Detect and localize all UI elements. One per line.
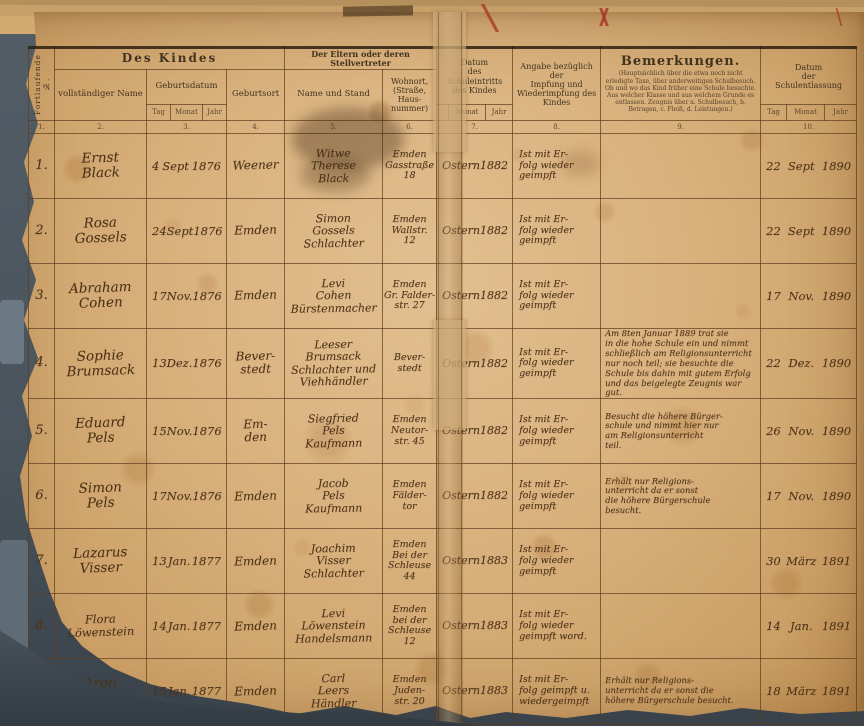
- vaccination-note: Ist mit Er- folg wieder geimpft: [513, 215, 600, 247]
- label-jahr: Jahr: [825, 108, 856, 116]
- row-number: 8.: [29, 619, 54, 634]
- column-number: 5.: [285, 123, 382, 131]
- residence: Emden Wallstr. 12: [383, 215, 436, 247]
- column-label-geburtsort: Geburtsort: [227, 90, 284, 100]
- residence: Emden Gr. Falder- str. 27: [383, 280, 436, 312]
- parent-name-and-occupation: Leeser Brumsack Schlachter und Viehhändl…: [285, 338, 383, 389]
- column-label-name-und-stand: Name und Stand: [285, 90, 382, 100]
- vaccination-note: Ist mit Er- folg wieder geimpft: [513, 150, 600, 182]
- row-number: 2.: [29, 224, 54, 239]
- school-entry-date: Ostern1882: [437, 490, 512, 502]
- birth-place: Emden: [227, 489, 284, 504]
- parent-name-and-occupation: Witwe Therese Black: [285, 147, 383, 186]
- parent-name-and-occupation: Levi Cohen Bürstenmacher: [285, 277, 383, 316]
- birth-date: 17Nov.1876: [147, 490, 226, 503]
- child-name: Sophie Brumsack: [55, 347, 147, 380]
- school-leaving-date: 26Nov.1890: [761, 425, 856, 438]
- vaccination-note: Ist mit Er- folg geimpft u. wiedergeimpf…: [513, 675, 600, 707]
- group-label-des-kindes: Des Kindes: [55, 52, 284, 66]
- column-number-row: 1. 2. 3. 4. 5. 6. 7. 8. 9. 10.: [29, 121, 857, 134]
- column-label-impfung: Angabe bezüglich der Impfung und Wiederi…: [513, 62, 600, 108]
- book-cover-edge: [0, 540, 28, 650]
- vaccination-note: Ist mit Er- folg wieder geimpft: [513, 545, 600, 577]
- table-row: 8. Flora Löwenstein 14Jan.1877 Emden Lev…: [29, 594, 857, 659]
- label-jahr: Jahr: [486, 108, 512, 116]
- column-label-geburtsdatum: Geburtsdatum: [147, 82, 226, 92]
- column-number: 9.: [601, 123, 760, 131]
- birth-date: 15Jan.1877: [147, 685, 226, 698]
- school-entry-date: Ostern1883: [437, 555, 512, 567]
- table-row: 7. Lazarus Visser 13Jan.1877 Emden Joach…: [29, 529, 857, 594]
- label-jahr: Jahr: [203, 108, 226, 116]
- label-monat: Monat: [787, 108, 824, 116]
- column-label-wohnort: Wohnort, (Straße, Haus- nummer): [383, 77, 436, 114]
- row-number: 6.: [29, 489, 54, 504]
- child-name: Simon Pels: [55, 480, 147, 513]
- birth-date: 14Jan.1877: [147, 620, 226, 633]
- birth-date: 4Sept1876: [147, 160, 226, 173]
- parent-name-and-occupation: Joachim Visser Schlachter: [285, 542, 383, 581]
- header-group-row: Fortlaufende №. Des Kindes Der Eltern od…: [29, 48, 857, 70]
- school-leaving-date: 22Dez.1890: [761, 357, 856, 370]
- child-name: Aron Leers: [55, 675, 147, 708]
- remarks: Erhält nur Religions- unterricht da er s…: [601, 477, 760, 517]
- vaccination-note: Ist mit Er- folg wieder geimpft: [513, 415, 600, 447]
- birth-date: 15Nov.1876: [147, 425, 226, 438]
- table-row: 4. Sophie Brumsack 13Dez.1876 Bever- ste…: [29, 329, 857, 399]
- child-name: Flora Löwenstein: [55, 612, 147, 641]
- vaccination-note: Ist mit Er- folg wieder geimpft: [513, 480, 600, 512]
- school-register-table: Fortlaufende №. Des Kindes Der Eltern od…: [28, 46, 857, 724]
- table-row: 6. Simon Pels 17Nov.1876 Emden Jacob Pel…: [29, 464, 857, 529]
- school-leaving-date: 14Jan.1891: [761, 620, 856, 633]
- column-number: 6.: [383, 123, 436, 131]
- label-tag: Tag: [147, 108, 170, 116]
- residence: Emden bei der Schleuse 12: [383, 605, 436, 648]
- school-leaving-date: 18März1891: [761, 685, 856, 698]
- birth-place: Emden: [227, 554, 284, 569]
- label-monat: Monat: [449, 108, 485, 116]
- school-leaving-date: 22Sept1890: [761, 160, 856, 173]
- row-number: 9: [29, 684, 54, 699]
- birth-place: Emden: [227, 224, 284, 239]
- birth-date: 13Dez.1876: [147, 357, 226, 370]
- school-entry-date: Ostern1882: [437, 160, 512, 172]
- parent-name-and-occupation: Siegfried Pels Kaufmann: [285, 412, 383, 451]
- school-entry-date: Ostern1882: [437, 358, 512, 370]
- column-label-running-number: Fortlaufende №.: [33, 49, 51, 120]
- school-entry-date: Ostern1883: [437, 685, 512, 697]
- book-cover-edge: [0, 300, 24, 364]
- table-row: 9 Aron Leers 15Jan.1877 Emden Carl Leers…: [29, 659, 857, 724]
- birth-date: 13Jan.1877: [147, 555, 226, 568]
- school-leaving-date: 30März1891: [761, 555, 856, 568]
- row-number: 1.: [29, 159, 54, 174]
- school-leaving-date: 17Nov.1890: [761, 290, 856, 303]
- parent-name-and-occupation: Levi Löwenstein Handelsmann: [285, 607, 383, 646]
- parent-name-and-occupation: Simon Gossels Schlachter: [285, 212, 383, 251]
- remarks: Am 8ten Januar 1889 trat sie in die hohe…: [601, 329, 760, 398]
- parent-name-and-occupation: Jacob Pels Kaufmann: [285, 477, 383, 516]
- school-entry-date: Ostern1882: [437, 290, 512, 302]
- birth-place: Emden: [227, 289, 284, 304]
- birth-place: Em- den: [227, 417, 285, 445]
- column-label-schuleintritt: Datum des Schuleintritts des Kindes: [437, 58, 512, 95]
- table-row: 3. Abraham Cohen 17Nov.1876 Emden Levi C…: [29, 264, 857, 329]
- school-leaving-date: 22Sept1890: [761, 225, 856, 238]
- column-number: 8.: [513, 123, 600, 131]
- column-label-schulentlassung: Datum der Schulentlassung: [761, 63, 856, 91]
- table-row: 5. Eduard Pels 15Nov.1876 Em- den Siegfr…: [29, 399, 857, 464]
- remarks: Besucht die höhere Bürger- schule und ni…: [601, 412, 760, 452]
- row-number: 5.: [29, 424, 54, 439]
- residence: Emden Bei der Schleuse 44: [383, 540, 436, 583]
- residence: Bever- stedt: [383, 353, 436, 374]
- residence: Emden Juden- str. 20: [383, 675, 436, 707]
- column-number: 4.: [227, 123, 284, 131]
- birth-place: Emden: [227, 619, 284, 634]
- group-label-der-eltern: Der Eltern oder deren Stellvertreter: [285, 50, 436, 68]
- remarks: Erhält nur Religions- unterricht da er s…: [601, 676, 760, 706]
- residence: Emden Fälder- tor: [383, 480, 436, 512]
- table-row: 2. Rosa Gossels 24Sept1876 Emden Simon G…: [29, 199, 857, 264]
- child-name: Abraham Cohen: [55, 279, 147, 312]
- child-name: Eduard Pels: [55, 415, 147, 448]
- column-label-name: vollständiger Name: [55, 90, 146, 100]
- birth-date: 17Nov.1876: [147, 290, 226, 303]
- label-tag: Tag: [761, 108, 786, 116]
- school-entry-date: Ostern1882: [437, 225, 512, 237]
- row-number: 4.: [29, 356, 54, 371]
- birth-place: Weener: [227, 159, 284, 174]
- school-entry-date: Ostern1883: [437, 620, 512, 632]
- child-name: Rosa Gossels: [55, 214, 147, 247]
- table-row: 1. Ernst Black 4Sept1876 Weener Witwe Th…: [29, 134, 857, 199]
- column-label-bemerkungen: Bemerkungen.: [601, 55, 760, 70]
- label-monat: Monat: [171, 108, 202, 116]
- residence: Emden Neutor- str. 45: [383, 415, 436, 447]
- row-number: 3.: [29, 289, 54, 304]
- column-number: 3.: [147, 123, 226, 131]
- row-number: 7.: [29, 554, 54, 569]
- scanned-register-page: Fortlaufende №. Des Kindes Der Eltern od…: [0, 0, 864, 726]
- school-leaving-date: 17Nov.1890: [761, 490, 856, 503]
- column-number: 1.: [29, 123, 54, 131]
- residence: Emden Gasstraße 18: [383, 150, 436, 182]
- birth-place: Bever- stedt: [227, 349, 285, 377]
- child-name: Ernst Black: [55, 149, 147, 182]
- column-number: 2.: [55, 123, 146, 131]
- birth-date: 24Sept1876: [147, 225, 226, 238]
- child-name: Lazarus Visser: [55, 545, 147, 578]
- bemerkungen-fine-print: (Hauptsächlich über die etwa noch nicht …: [601, 70, 760, 113]
- vaccination-note: Ist mit Er- folg wieder geimpft word.: [513, 610, 600, 642]
- school-entry-date: Ostern1882: [437, 425, 512, 437]
- vaccination-note: Ist mit Er- folg wieder geimpft: [513, 280, 600, 312]
- column-number: 7.: [437, 123, 512, 131]
- parent-name-and-occupation: Carl Leers Händler: [285, 672, 383, 711]
- vaccination-note: Ist mit Er- folg wieder geimpft: [513, 348, 600, 380]
- column-number: 10.: [761, 123, 856, 131]
- birth-place: Emden: [227, 684, 284, 699]
